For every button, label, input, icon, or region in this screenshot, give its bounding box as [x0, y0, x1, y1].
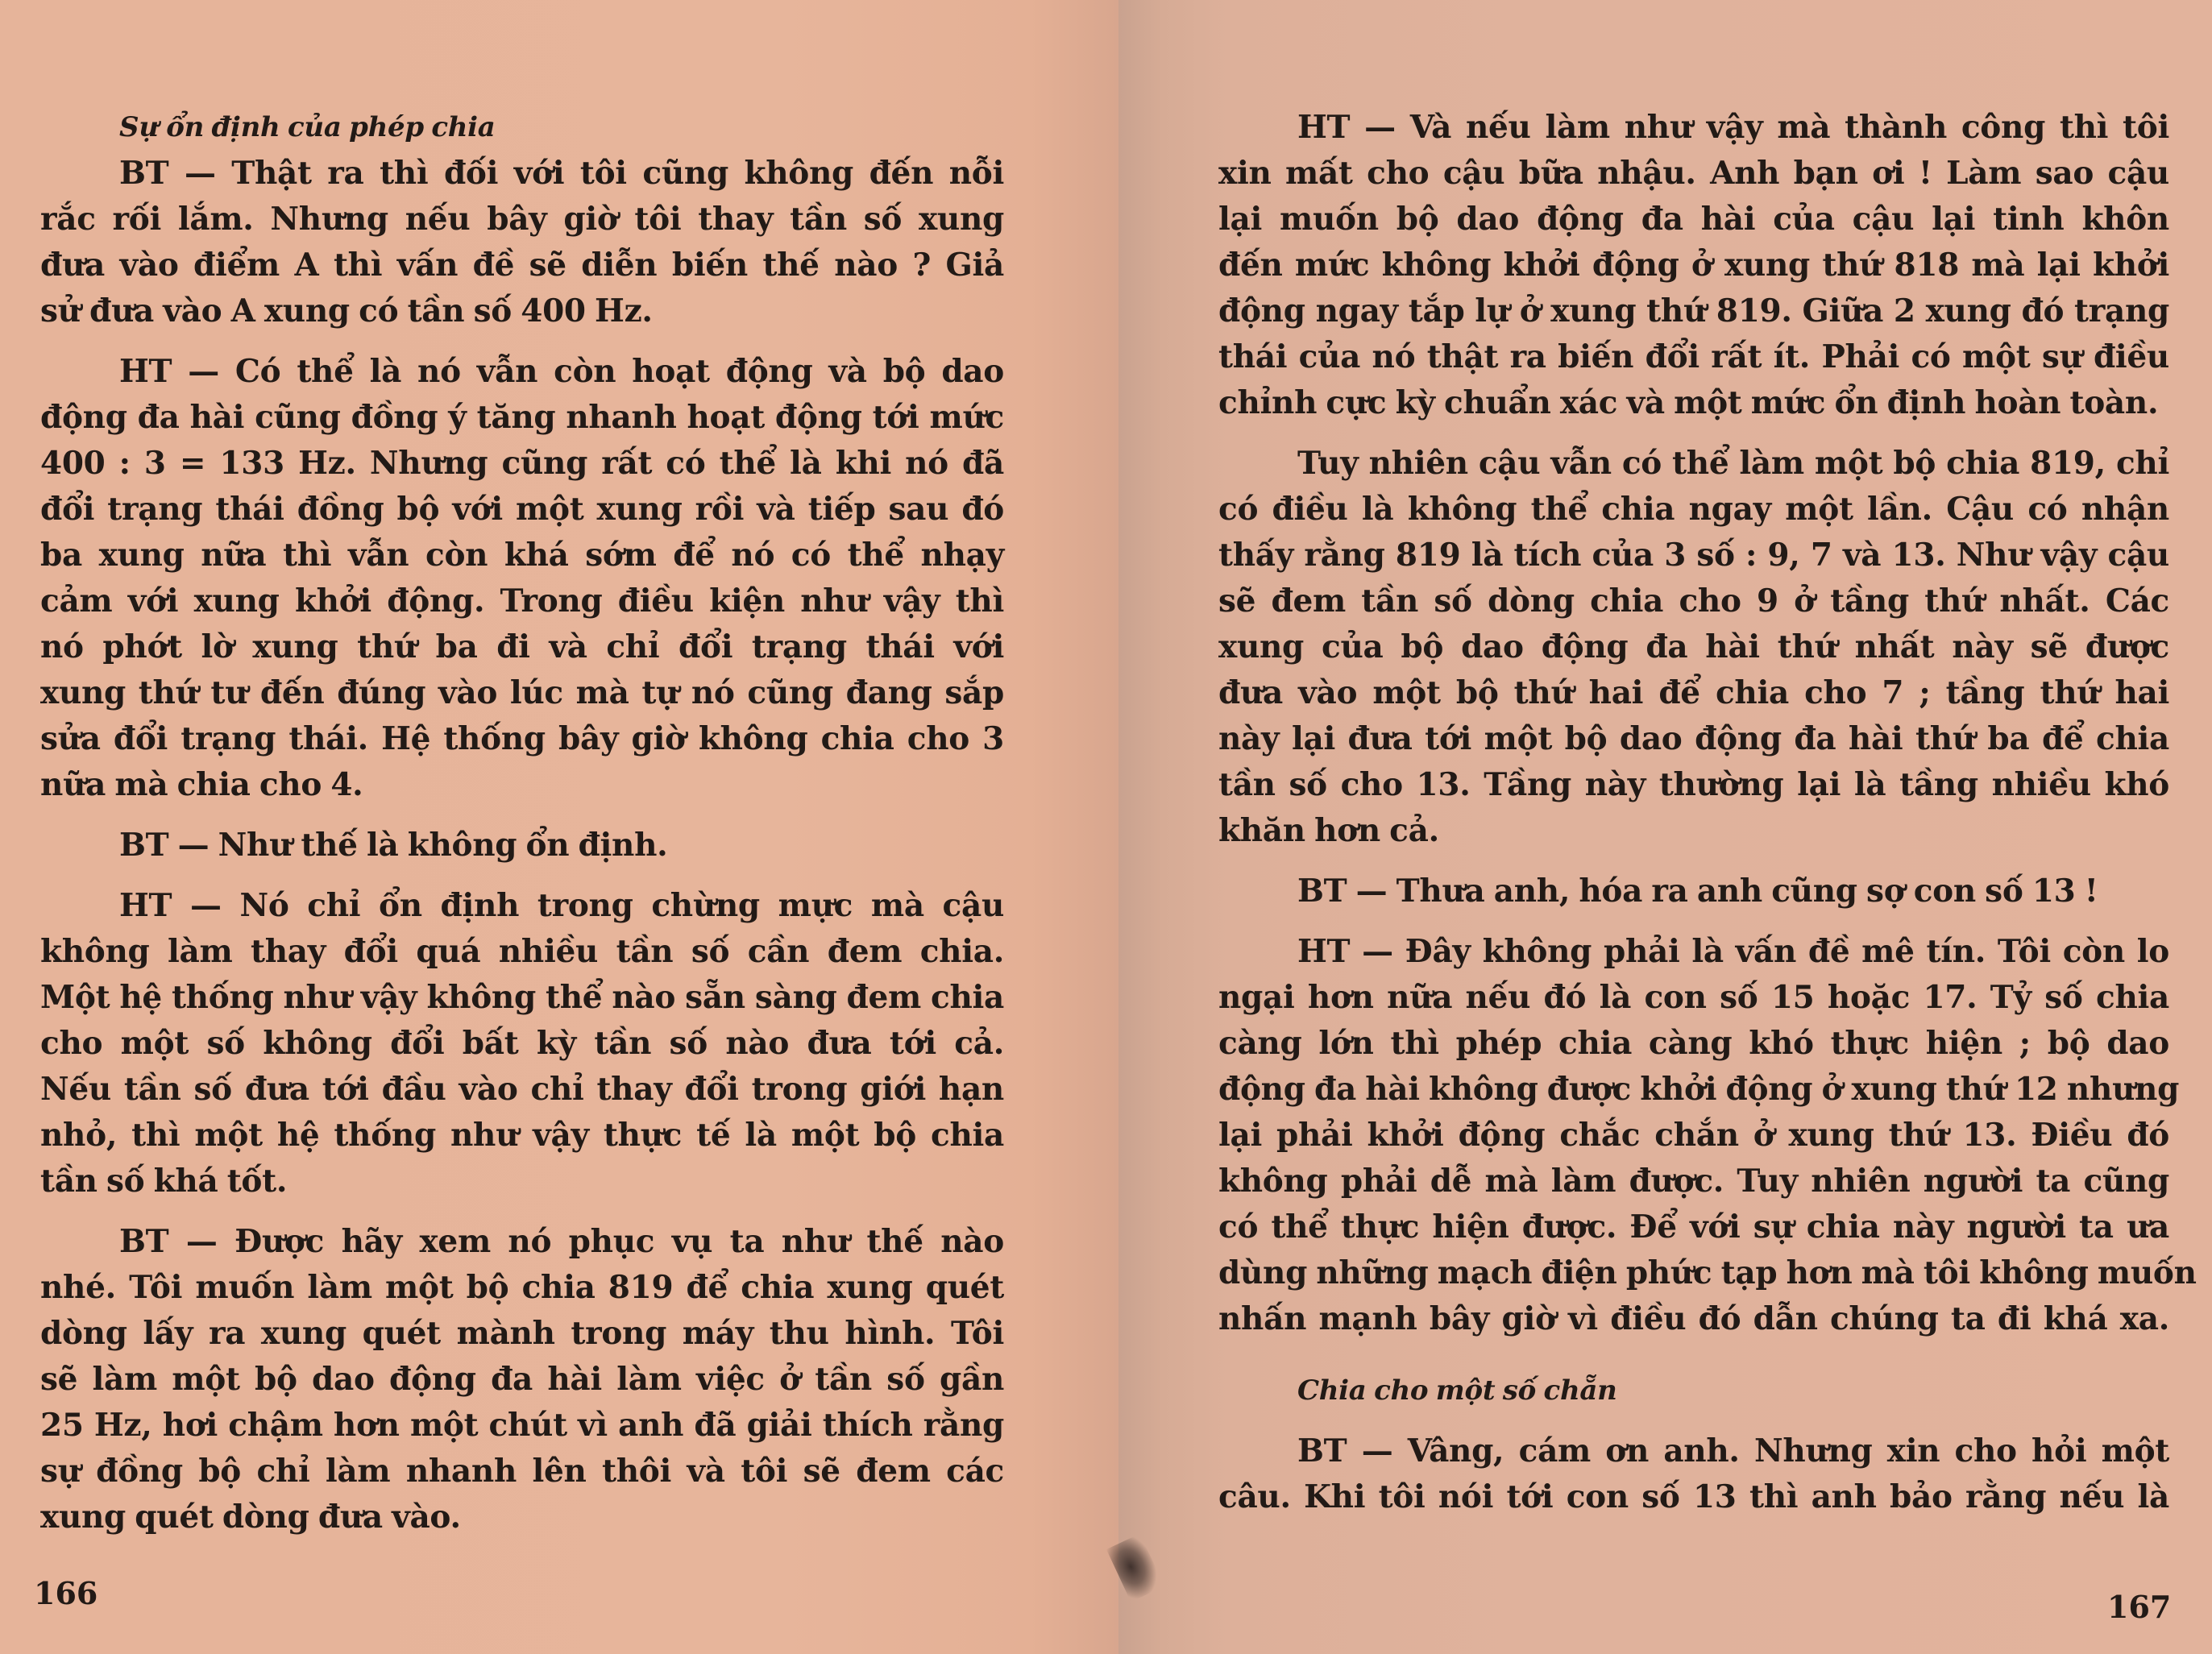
- dash: —: [188, 353, 219, 390]
- page-number: 166: [34, 1575, 98, 1611]
- line-text: Có thể là nó vẫn còn hoạt động và bộ dao: [235, 353, 1004, 390]
- dash: —: [178, 827, 210, 864]
- paragraph-line: dùng những mạch điện phức tạp hơn mà tôi…: [1218, 1250, 2169, 1296]
- paragraph-line: đổi trạng thái đồng bộ với một xung rồi …: [40, 487, 1004, 533]
- paragraph-line: chỉnh cực kỳ chuẩn xác và một mức ổn địn…: [1218, 380, 2169, 426]
- paragraph-line: HT — Có thể là nó vẫn còn hoạt động và b…: [40, 349, 1004, 395]
- paragraph-line: động ngay tắp lự ở xung thứ 819. Giữa 2 …: [1218, 288, 2169, 334]
- paragraph-gap: [40, 1204, 1004, 1219]
- paragraph-line: sự đồng bộ chỉ làm nhanh lên thôi và tôi…: [40, 1449, 1004, 1494]
- paragraph-line: ba xung nữa thì vẫn còn khá sớm để nó có…: [40, 533, 1004, 578]
- paragraph-line: thấy rằng 819 là tích của 3 số : 9, 7 và…: [1218, 533, 2169, 578]
- speaker-label: BT: [1297, 873, 1347, 910]
- paragraph-line: lại phải khởi động chắc chắn ở xung thứ …: [1218, 1113, 2169, 1159]
- paragraph-line: khăn hơn cả.: [1218, 808, 2169, 854]
- speaker-label: HT: [119, 353, 172, 390]
- paragraph-line: có thể thực hiện được. Để với sự chia nà…: [1218, 1204, 2169, 1250]
- paragraph-line: sửa đổi trạng thái. Hệ thống bây giờ khô…: [40, 716, 1004, 762]
- paragraph-line: cho một số không đổi bất kỳ tần số nào đ…: [40, 1021, 1004, 1067]
- section-heading: Sự ổn định của phép chia: [40, 105, 1004, 151]
- paragraph-line: có điều là không thể chia ngay một lần. …: [1218, 487, 2169, 533]
- paragraph-line: BT — Thưa anh, hóa ra anh cũng sợ con số…: [1218, 868, 2169, 914]
- paragraph-line: HT — Nó chỉ ổn định trong chừng mực mà c…: [40, 883, 1004, 929]
- dash: —: [185, 155, 216, 192]
- paragraph-line: động đa hài không được khởi động ở xung …: [1218, 1067, 2169, 1113]
- paragraph-line: 25 Hz, hơi chậm hơn một chút vì anh đã g…: [40, 1403, 1004, 1449]
- paragraph-line: BT — Thật ra thì đối với tôi cũng không …: [40, 151, 1004, 197]
- paragraph-line: Một hệ thống như vậy không thể nào sẵn s…: [40, 975, 1004, 1021]
- paragraph-line: xin mất cho cậu bữa nhậu. Anh bạn ơi ! L…: [1218, 151, 2169, 197]
- line-text: Thật ra thì đối với tôi cũng không đến n…: [231, 155, 1004, 192]
- line-text: Và nếu làm như vậy mà thành công thì tôi: [1410, 109, 2169, 146]
- paragraph-line: nhấn mạnh bây giờ vì điều đó dẫn chúng t…: [1218, 1296, 2169, 1342]
- paragraph-line: HT — Đây không phải là vấn đề mê tín. Tô…: [1218, 929, 2169, 975]
- paragraph-line: HT — Và nếu làm như vậy mà thành công th…: [1218, 105, 2169, 151]
- speaker-label: HT: [119, 887, 172, 924]
- paragraph-line: nhé. Tôi muốn làm một bộ chia 819 để chi…: [40, 1265, 1004, 1311]
- left-page-text: Sự ổn định của phép chia BT — Thật ra th…: [40, 105, 1004, 1540]
- paragraph-line: xung quét dòng đưa vào.: [40, 1494, 1004, 1540]
- paragraph-line: xung của bộ dao động đa hài thứ nhất này…: [1218, 624, 2169, 670]
- paragraph-line: sẽ làm một bộ dao động đa hài làm việc ở…: [40, 1357, 1004, 1403]
- paragraph-line: sử đưa vào A xung có tần số 400 Hz.: [40, 288, 1004, 334]
- paragraph-line: câu. Khi tôi nói tới con số 13 thì anh b…: [1218, 1474, 2169, 1520]
- book-spread: Sự ổn định của phép chia BT — Thật ra th…: [0, 0, 2212, 1654]
- dash: —: [1362, 1432, 1393, 1470]
- dash: —: [1356, 873, 1388, 910]
- left-page: Sự ổn định của phép chia BT — Thật ra th…: [0, 0, 1118, 1654]
- paragraph-gap: [1218, 914, 2169, 929]
- speaker-label: BT: [119, 1223, 168, 1260]
- paragraph-line: BT — Như thế là không ổn định.: [40, 823, 1004, 868]
- paragraph-line: động đa hài cũng đồng ý tăng nhanh hoạt …: [40, 395, 1004, 441]
- right-page-text: HT — Và nếu làm như vậy mà thành công th…: [1218, 105, 2169, 1520]
- speaker-label: HT: [1297, 933, 1350, 970]
- page-number: 167: [2107, 1589, 2171, 1625]
- paragraph-line: tần số cho 13. Tầng này thường lại là tầ…: [1218, 762, 2169, 808]
- dash: —: [190, 887, 222, 924]
- paragraph-line: ngại hơn nữa nếu đó là con số 15 hoặc 17…: [1218, 975, 2169, 1021]
- section-gap: [1218, 1342, 2169, 1368]
- paragraph-line: không phải dễ mà làm được. Tuy nhiên ngư…: [1218, 1159, 2169, 1204]
- paragraph-line: không làm thay đổi quá nhiều tần số cần …: [40, 929, 1004, 975]
- speaker-label: BT: [1297, 1432, 1347, 1470]
- paragraph-gap: [40, 334, 1004, 349]
- line-text: Như thế là không ổn định.: [218, 827, 668, 864]
- paragraph-line: Nếu tần số đưa tới đầu vào chỉ thay đổi …: [40, 1067, 1004, 1113]
- paragraph-line: lại muốn bộ dao động đa hài của cậu lại …: [1218, 197, 2169, 243]
- paragraph-line: BT — Vâng, cám ơn anh. Nhưng xin cho hỏi…: [1218, 1428, 2169, 1474]
- paragraph-line: này lại đưa tới một bộ dao động đa hài t…: [1218, 716, 2169, 762]
- speaker-label: BT: [119, 155, 168, 192]
- paragraph-line: càng lớn thì phép chia càng khó thực hiệ…: [1218, 1021, 2169, 1067]
- line-text: Được hãy xem nó phục vụ ta như thế nào: [234, 1223, 1004, 1260]
- paragraph-line: đến mức không khởi động ở xung thứ 818 m…: [1218, 243, 2169, 288]
- paragraph-line: BT — Được hãy xem nó phục vụ ta như thế …: [40, 1219, 1004, 1265]
- paragraph-gap: [1218, 426, 2169, 441]
- dash: —: [186, 1223, 218, 1260]
- dash: —: [1362, 933, 1393, 970]
- paragraph-line: đưa vào điểm A thì vấn đề sẽ diễn biến t…: [40, 243, 1004, 288]
- paragraph-line: dòng lấy ra xung quét mành trong máy thu…: [40, 1311, 1004, 1357]
- paragraph-gap: [1218, 1414, 2169, 1428]
- line-text: Vâng, cám ơn anh. Nhưng xin cho hỏi một: [1408, 1432, 2169, 1470]
- paragraph-gap: [1218, 854, 2169, 868]
- paragraph-line: sẽ đem tần số dòng chia cho 9 ở tầng thứ…: [1218, 578, 2169, 624]
- paragraph-line: rắc rối lắm. Nhưng nếu bây giờ tôi thay …: [40, 197, 1004, 243]
- right-page: HT — Và nếu làm như vậy mà thành công th…: [1118, 0, 2212, 1654]
- paragraph-line: nữa mà chia cho 4.: [40, 762, 1004, 808]
- paragraph-line: xung thứ tư đến đúng vào lúc mà tự nó cũ…: [40, 670, 1004, 716]
- speaker-label: HT: [1297, 109, 1350, 146]
- paragraph-line: Tuy nhiên cậu vẫn có thể làm một bộ chia…: [1218, 441, 2169, 487]
- section-heading: Chia cho một số chẵn: [1218, 1368, 2169, 1414]
- paragraph-line: đưa vào một bộ thứ hai để chia cho 7 ; t…: [1218, 670, 2169, 716]
- paragraph-line: cảm với xung khởi động. Trong điều kiện …: [40, 578, 1004, 624]
- line-text: Thưa anh, hóa ra anh cũng sợ con số 13 !: [1397, 873, 2098, 910]
- paragraph-line: thái của nó thật ra biến đổi rất ít. Phả…: [1218, 334, 2169, 380]
- paragraph-line: 400 : 3 = 133 Hz. Nhưng cũng rất có thể …: [40, 441, 1004, 487]
- paragraph-line: tần số khá tốt.: [40, 1159, 1004, 1204]
- paragraph-line: nhỏ, thì một hệ thống như vậy thực tế là…: [40, 1113, 1004, 1159]
- line-text: Đây không phải là vấn đề mê tín. Tôi còn…: [1405, 933, 2169, 970]
- paragraph-line: nó phớt lờ xung thứ ba đi và chỉ đổi trạ…: [40, 624, 1004, 670]
- dash: —: [1364, 109, 1396, 146]
- paragraph-gap: [40, 808, 1004, 823]
- paragraph-gap: [40, 868, 1004, 883]
- line-text: Nó chỉ ổn định trong chừng mực mà cậu: [239, 887, 1004, 924]
- speaker-label: BT: [119, 827, 168, 864]
